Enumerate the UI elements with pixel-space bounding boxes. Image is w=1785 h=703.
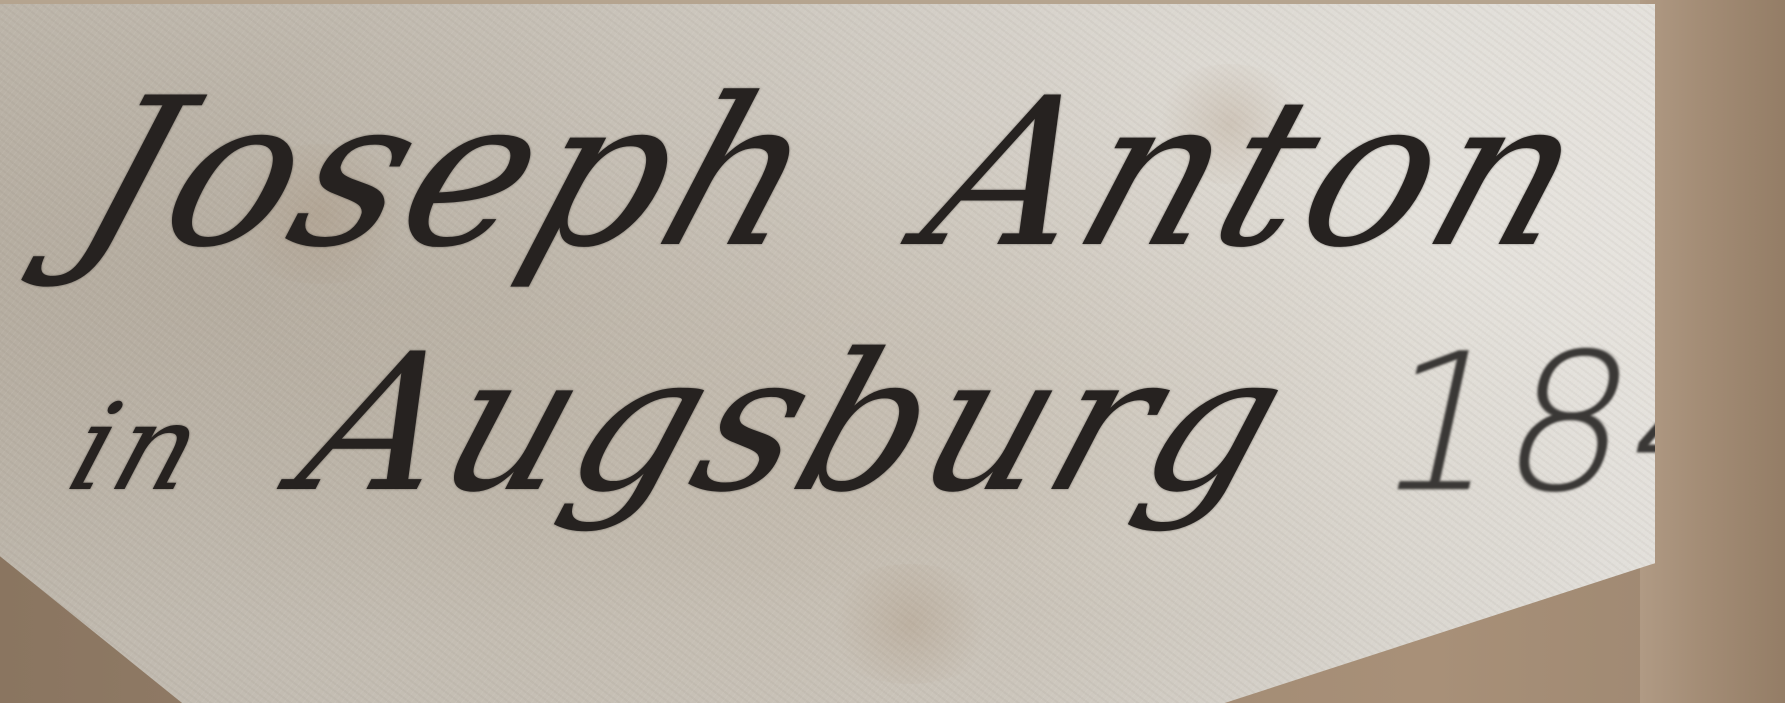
first-name: Joseph — [48, 44, 852, 304]
paper-stain — [820, 564, 1000, 684]
wood-background-right — [1640, 0, 1785, 703]
handwritten-name-line: Joseph Anton Haß — [48, 44, 1785, 304]
handwritten-place-date-line: in Augsburg 1846. — [37, 304, 1785, 569]
photo-scene: Joseph Anton Haß in Augsburg 1846. — [0, 0, 1785, 703]
place-name: Augsburg — [273, 304, 1318, 544]
paper-label: Joseph Anton Haß in Augsburg 1846. — [0, 4, 1655, 703]
middle-name: Anton — [896, 44, 1618, 304]
